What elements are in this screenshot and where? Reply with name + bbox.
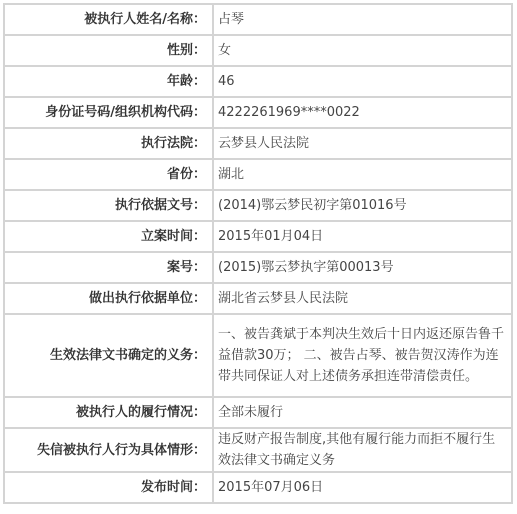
value-filing-date: 2015年01月04日: [213, 221, 512, 252]
value-obligation: 一、被告龚斌于本判决生效后十日内返还原告鲁千益借款30万； 二、被告占琴、被告贺…: [213, 314, 512, 397]
label-province: 省份：: [4, 159, 213, 190]
row-court: 执行法院： 云梦县人民法院: [4, 128, 512, 159]
value-name: 占琴: [213, 4, 512, 35]
label-id-number: 身份证号码/组织机构代码：: [4, 97, 213, 128]
label-publish-date: 发布时间：: [4, 472, 213, 503]
value-performance: 全部未履行: [213, 397, 512, 428]
label-performance: 被执行人的履行情况：: [4, 397, 213, 428]
row-dishonest-conduct: 失信被执行人行为具体情形： 违反财产报告制度,其他有履行能力而拒不履行生效法律文…: [4, 428, 512, 472]
value-age: 46: [213, 66, 512, 97]
value-court: 云梦县人民法院: [213, 128, 512, 159]
row-id-number: 身份证号码/组织机构代码： 4222261969****0022: [4, 97, 512, 128]
label-basis-doc-no: 执行依据文号：: [4, 190, 213, 221]
record-table: 被执行人姓名/名称： 占琴 性别： 女 年龄： 46 身份证号码/组织机构代码：…: [3, 3, 513, 504]
row-publish-date: 发布时间： 2015年07月06日: [4, 472, 512, 503]
row-performance: 被执行人的履行情况： 全部未履行: [4, 397, 512, 428]
value-dishonest-conduct: 违反财产报告制度,其他有履行能力而拒不履行生效法律文书确定义务: [213, 428, 512, 472]
label-court: 执行法院：: [4, 128, 213, 159]
row-basis-issuer: 做出执行依据单位： 湖北省云梦县人民法院: [4, 283, 512, 314]
value-basis-doc-no: (2014)鄂云梦民初字第01016号: [213, 190, 512, 221]
row-filing-date: 立案时间： 2015年01月04日: [4, 221, 512, 252]
value-gender: 女: [213, 35, 512, 66]
row-gender: 性别： 女: [4, 35, 512, 66]
row-basis-doc-no: 执行依据文号： (2014)鄂云梦民初字第01016号: [4, 190, 512, 221]
row-age: 年龄： 46: [4, 66, 512, 97]
value-id-number: 4222261969****0022: [213, 97, 512, 128]
label-case-no: 案号：: [4, 252, 213, 283]
label-dishonest-conduct: 失信被执行人行为具体情形：: [4, 428, 213, 472]
row-obligation: 生效法律文书确定的义务： 一、被告龚斌于本判决生效后十日内返还原告鲁千益借款30…: [4, 314, 512, 397]
label-age: 年龄：: [4, 66, 213, 97]
dishonest-debtor-record: 被执行人姓名/名称： 占琴 性别： 女 年龄： 46 身份证号码/组织机构代码：…: [3, 3, 513, 504]
label-name: 被执行人姓名/名称：: [4, 4, 213, 35]
value-publish-date: 2015年07月06日: [213, 472, 512, 503]
value-basis-issuer: 湖北省云梦县人民法院: [213, 283, 512, 314]
row-case-no: 案号： (2015)鄂云梦执字第00013号: [4, 252, 512, 283]
row-province: 省份： 湖北: [4, 159, 512, 190]
label-obligation: 生效法律文书确定的义务：: [4, 314, 213, 397]
label-gender: 性别：: [4, 35, 213, 66]
value-case-no: (2015)鄂云梦执字第00013号: [213, 252, 512, 283]
label-filing-date: 立案时间：: [4, 221, 213, 252]
label-basis-issuer: 做出执行依据单位：: [4, 283, 213, 314]
value-province: 湖北: [213, 159, 512, 190]
row-name: 被执行人姓名/名称： 占琴: [4, 4, 512, 35]
